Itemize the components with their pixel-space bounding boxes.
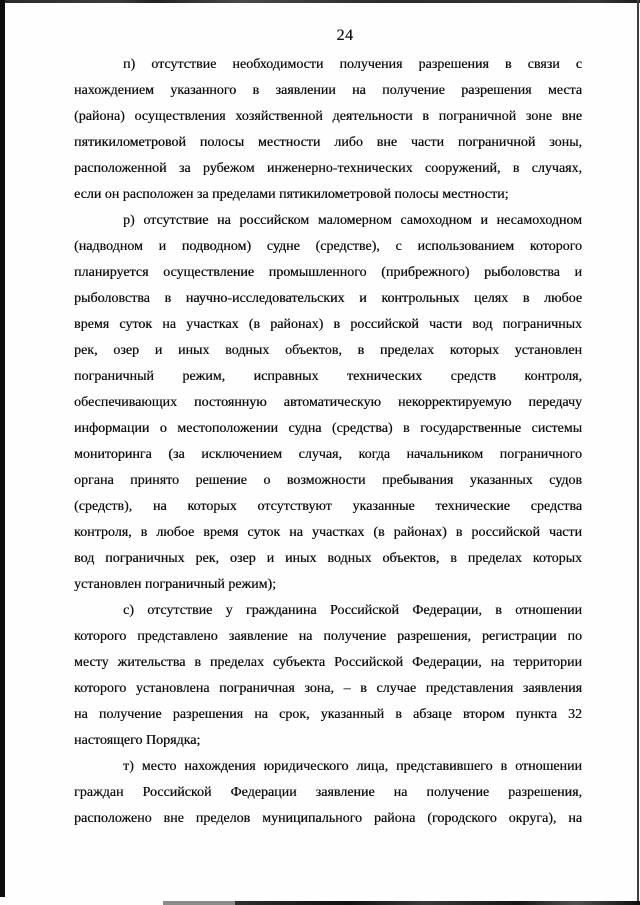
text-line: нахождением указанного в заявлении на по… <box>74 78 582 104</box>
text-line: которого представлено заявление на получ… <box>74 624 582 650</box>
text-line: контроля, в любое время суток на участка… <box>74 520 582 546</box>
text-line: расположено вне пределов муниципального … <box>74 806 582 832</box>
text-line: расположенной за рубежом инженерно-техни… <box>74 156 582 182</box>
text-line: информации о местоположении судна (средс… <box>74 416 582 442</box>
text-line: время суток на участках (в районах) в ро… <box>74 312 582 338</box>
text-line: рек, озер и иных водных объектов, в пред… <box>74 338 582 364</box>
text-line: рыболовства в научно-исследовательских и… <box>74 286 582 312</box>
text-line: (района) осуществления хозяйственной дея… <box>74 104 582 130</box>
text-line: пограничный режим, исправных технических… <box>74 364 582 390</box>
text-line: установлен пограничный режим); <box>74 572 582 598</box>
scan-edge-bottom-bar-dark <box>235 901 640 905</box>
text-line: которого установлена пограничная зона, –… <box>74 676 582 702</box>
text-body: п) отсутствие необходимости получения ра… <box>74 52 582 832</box>
text-line: планируется осуществление промышленного … <box>74 260 582 286</box>
text-line: мониторинга (за исключением случая, когд… <box>74 442 582 468</box>
text-line: (надводном и подводном) судне (средстве)… <box>74 234 582 260</box>
text-line: обеспечивающих постоянную автоматическую… <box>74 390 582 416</box>
text-line: если он расположен за пределами пятикило… <box>74 182 582 208</box>
text-line: вод пограничных рек, озер и иных водных … <box>74 546 582 572</box>
text-line: р) отсутствие на российском маломерном с… <box>74 208 582 234</box>
text-line: граждан Российской Федерации заявление н… <box>74 780 582 806</box>
page-number: 24 <box>0 27 640 45</box>
text-line: (средств), на которых отсутствуют указан… <box>74 494 582 520</box>
text-line: п) отсутствие необходимости получения ра… <box>74 52 582 78</box>
text-line: с) отсутствие у гражданина Российской Фе… <box>74 598 582 624</box>
text-line: месту жительства в пределах субъекта Рос… <box>74 650 582 676</box>
text-line: настоящего Порядка; <box>74 728 582 754</box>
text-line: пятикилометровой полосы местности либо в… <box>74 130 582 156</box>
text-line: органа принято решение о возможности пре… <box>74 468 582 494</box>
text-line: т) место нахождения юридического лица, п… <box>74 754 582 780</box>
scan-edge-top-line <box>0 0 640 3</box>
document-page: 24 п) отсутствие необходимости получения… <box>0 0 640 905</box>
scan-edge-bottom-bar-light <box>163 901 235 905</box>
scan-edge-right-line <box>637 0 639 905</box>
scan-edge-left-bar <box>0 0 5 897</box>
text-line: на получение разрешения на срок, указанн… <box>74 702 582 728</box>
